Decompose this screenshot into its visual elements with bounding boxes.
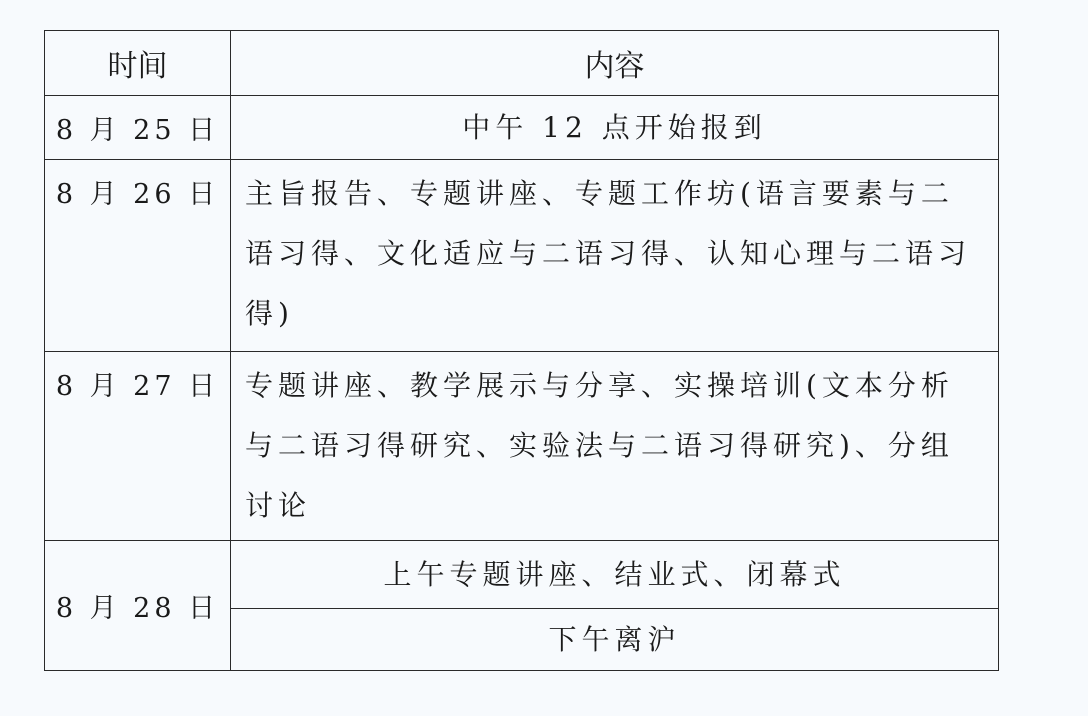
table-row: 8 月 26 日 主旨报告、专题讲座、专题工作坊(语言要素与二语习得、文化适应与… xyxy=(45,160,999,352)
content-cell: 中午 12 点开始报到 xyxy=(231,96,999,160)
content-cell: 主旨报告、专题讲座、专题工作坊(语言要素与二语习得、文化适应与二语习得、认知心理… xyxy=(231,160,999,352)
content-cell-afternoon: 下午离沪 xyxy=(231,609,999,671)
content-cell-morning: 上午专题讲座、结业式、闭幕式 xyxy=(231,541,999,609)
header-time: 时间 xyxy=(45,31,231,96)
date-cell: 8 月 28 日 xyxy=(45,541,231,671)
header-content: 内容 xyxy=(231,31,999,96)
date-cell: 8 月 26 日 xyxy=(45,160,231,352)
table-row: 8 月 25 日 中午 12 点开始报到 xyxy=(45,96,999,160)
header-row: 时间 内容 xyxy=(45,31,999,96)
date-cell: 8 月 27 日 xyxy=(45,352,231,541)
schedule-table: 时间 内容 8 月 25 日 中午 12 点开始报到 8 月 26 日 主旨报告… xyxy=(44,30,999,671)
table-row: 8 月 27 日 专题讲座、教学展示与分享、实操培训(文本分析与二语习得研究、实… xyxy=(45,352,999,541)
table-row: 8 月 28 日 上午专题讲座、结业式、闭幕式 xyxy=(45,541,999,609)
content-cell: 专题讲座、教学展示与分享、实操培训(文本分析与二语习得研究、实验法与二语习得研究… xyxy=(231,352,999,541)
date-cell: 8 月 25 日 xyxy=(45,96,231,160)
